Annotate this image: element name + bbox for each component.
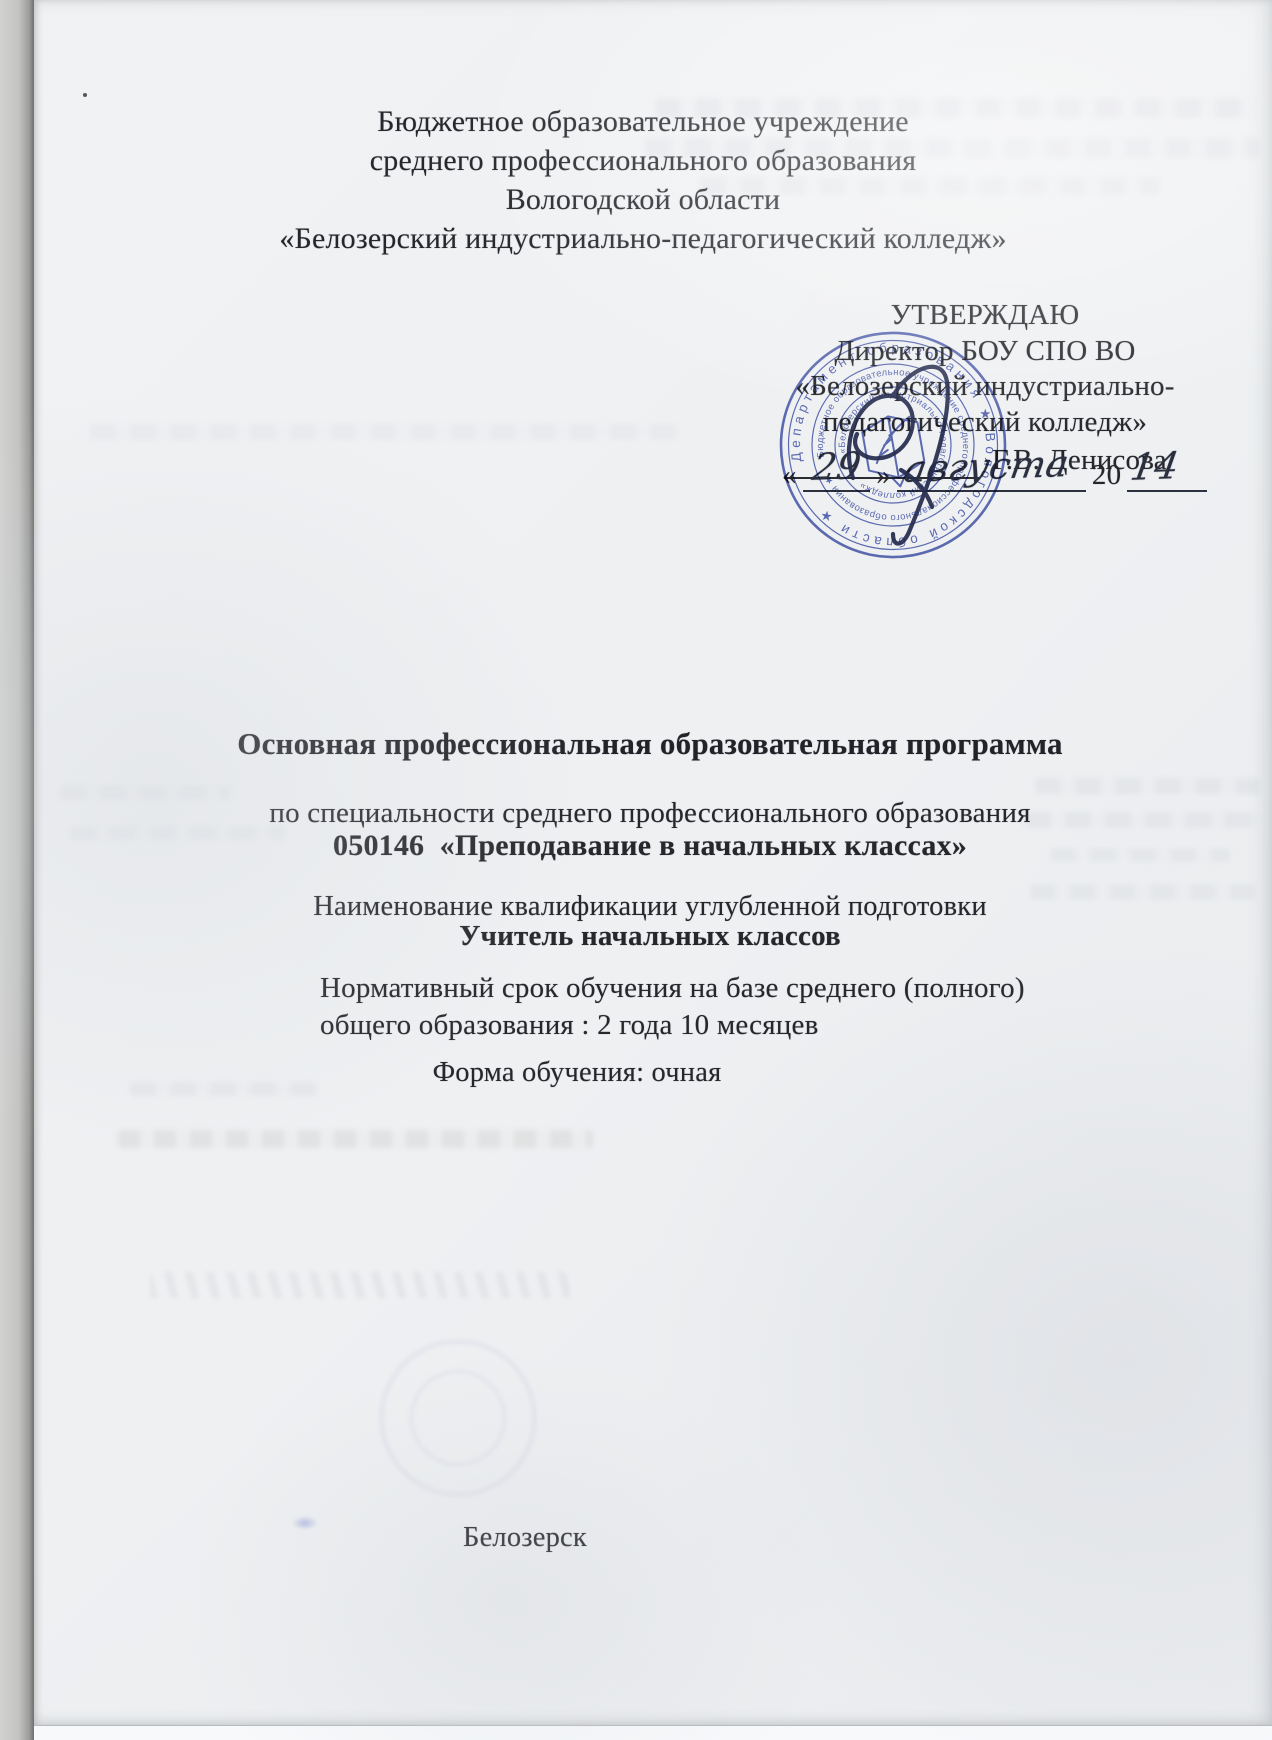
date-year-prefix: 20 [1092, 459, 1121, 492]
scanned-page: Бюджетное образовательное учреждение сре… [0, 0, 1272, 1740]
institution-line: Вологодской области [74, 180, 1212, 219]
bleed-through-smudge [90, 424, 680, 440]
bleed-through-smudge [130, 1082, 320, 1096]
scan-edge-bottom [34, 1725, 1272, 1740]
institution-line: Бюджетное образовательное учреждение [74, 102, 1212, 141]
paper-speck [83, 93, 87, 97]
specialty-intro: по специальности среднего профессиональн… [120, 797, 1180, 830]
paper-sheet [34, 0, 1272, 1726]
duration-block: Нормативный срок обучения на базе средне… [320, 970, 1040, 1044]
study-form: Форма обучения: очная [427, 1057, 727, 1089]
institution-header: Бюджетное образовательное учреждение сре… [74, 102, 1212, 258]
scan-edge-left [0, 0, 34, 1740]
director-signature [805, 350, 1035, 560]
program-title: Основная профессиональная образовательна… [120, 724, 1180, 764]
qualification-label: Наименование квалификации углубленной по… [120, 891, 1180, 923]
duration-line: Нормативный срок обучения на базе средне… [320, 970, 1040, 1007]
city-name: Белозерск [415, 1522, 635, 1554]
qualification-value: Учитель начальных классов [120, 920, 1180, 953]
ink-mark [292, 1516, 318, 1530]
institution-line: «Белозерский индустриально-педагогически… [74, 219, 1212, 258]
bleed-through-stamp [410, 1370, 506, 1466]
specialty-code: 050146 «Преподавание в начальных классах… [120, 829, 1180, 863]
bleed-through-smudge [118, 1130, 593, 1148]
duration-line: общего образования : 2 года 10 месяцев [320, 1007, 1040, 1044]
bleed-through-scribble [150, 1272, 570, 1298]
handwritten-year: 14 [1128, 444, 1183, 489]
institution-line: среднего профессионального образования [74, 141, 1212, 180]
bleed-through-smudge [1035, 778, 1260, 794]
